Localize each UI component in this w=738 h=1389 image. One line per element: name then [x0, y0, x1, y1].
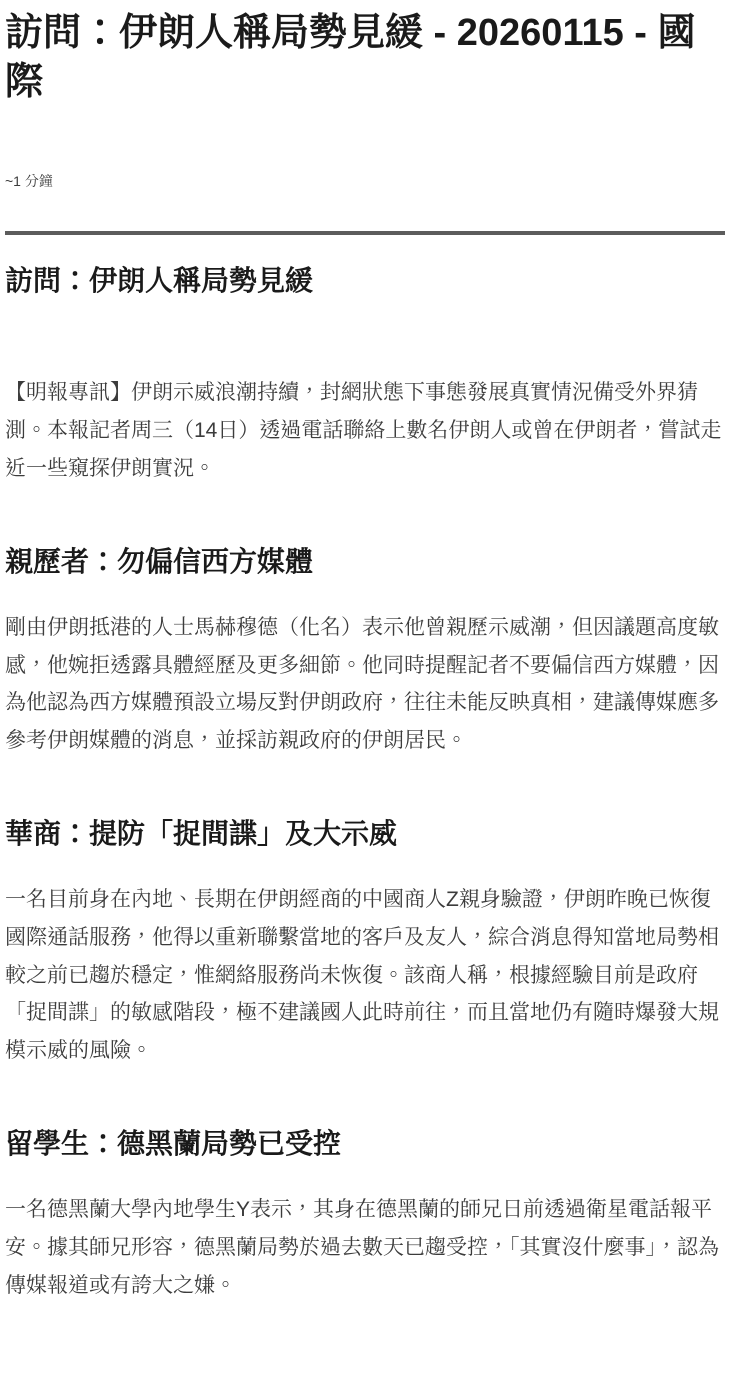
reading-time-label: ~1 分鐘 — [5, 172, 725, 192]
section-paragraph-student: 一名德黑蘭大學內地學生Y表示，其身在德黑蘭的師兄日前透過衛星電話報平安。據其師兄… — [5, 1191, 725, 1304]
section-heading-student: 留學生：德黑蘭局勢已受控 — [5, 1126, 725, 1161]
section-paragraph-merchant: 一名目前身在內地、長期在伊朗經商的中國商人Z親身驗證，伊朗昨晚已恢復國際通話服務… — [5, 881, 725, 1070]
section-paragraph-witness: 剛由伊朗抵港的人士馬赫穆德（化名）表示他曾親歷示威潮，但因議題高度敏感，他婉拒透… — [5, 609, 725, 760]
section-heading-merchant: 華商：提防「捉間諜」及大示威 — [5, 816, 725, 851]
article-heading: 訪問：伊朗人稱局勢見緩 — [5, 263, 725, 298]
section-heading-witness: 親歷者：勿偏信西方媒體 — [5, 544, 725, 579]
page-title: 訪問：伊朗人稱局勢見緩 - 20260115 - 國際 — [5, 9, 725, 108]
reader-view-page: 訪問：伊朗人稱局勢見緩 - 20260115 - 國際 ~1 分鐘 訪問：伊朗人… — [0, 0, 738, 1366]
article-lead-paragraph: 【明報專訊】伊朗示威浪潮持續，封網狀態下事態發展真實情況備受外界猜測。本報記者周… — [5, 374, 725, 487]
title-divider — [5, 231, 725, 235]
